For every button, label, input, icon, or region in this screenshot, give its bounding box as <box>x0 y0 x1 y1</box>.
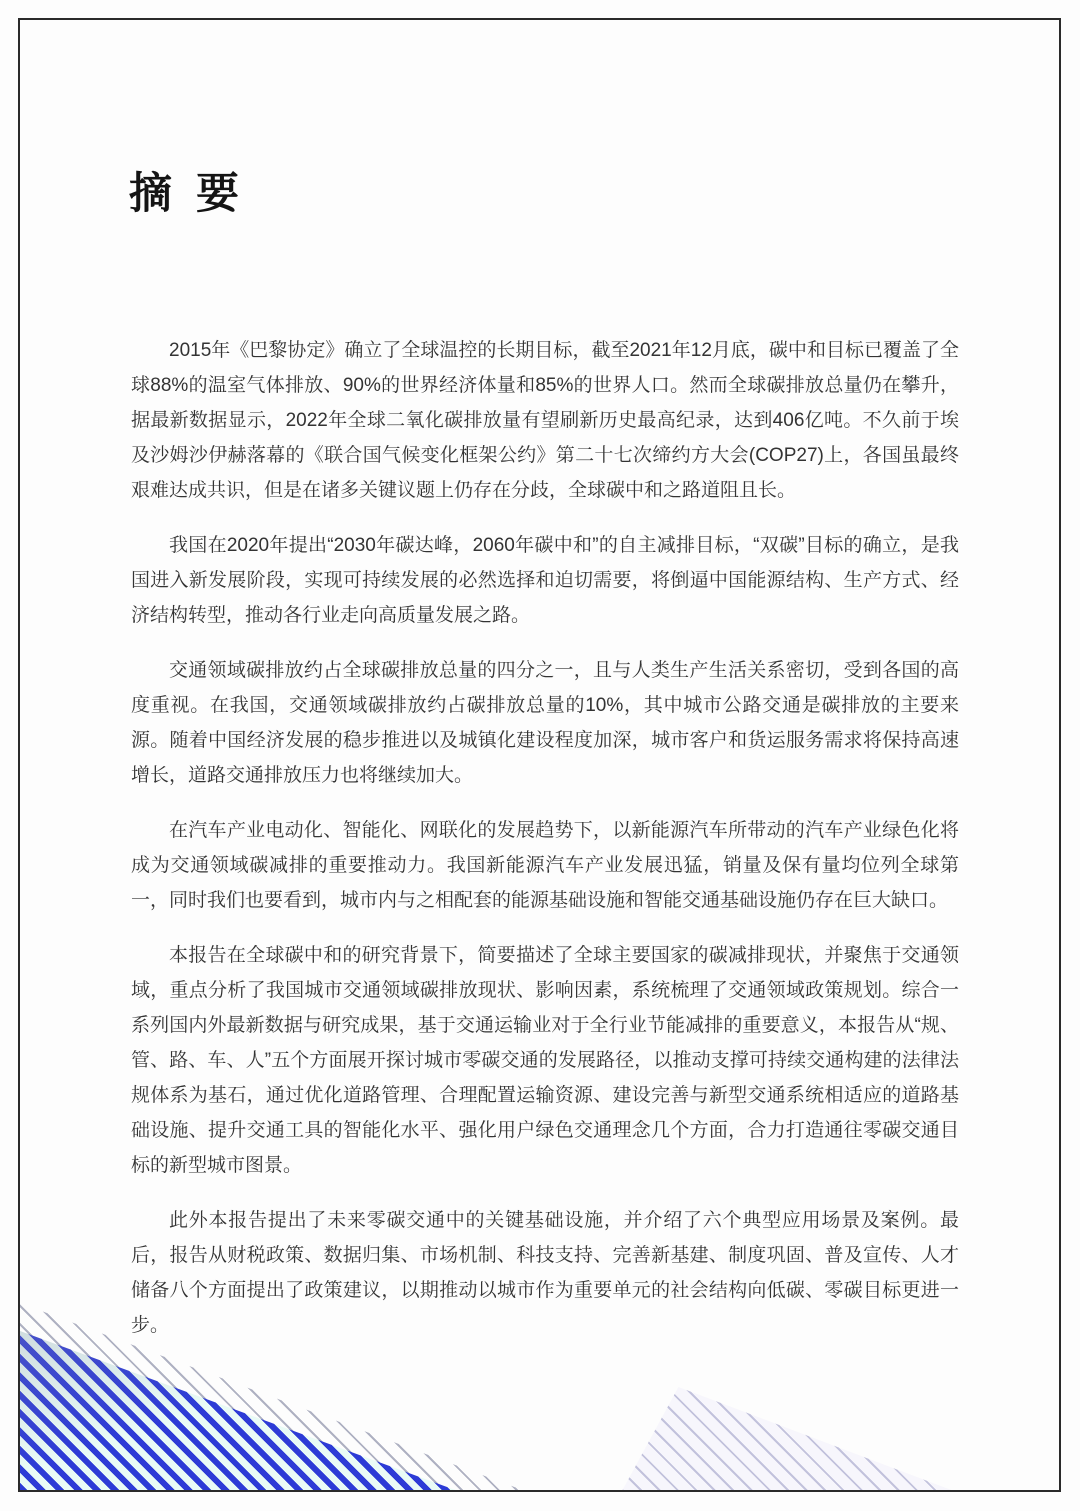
abstract-paragraph-6: 此外本报告提出了未来零碳交通中的关键基础设施，并介绍了六个典型应用场景及案例。最… <box>131 1203 959 1343</box>
abstract-paragraph-3: 交通领域碳排放约占全球碳排放总量的四分之一，且与人类生产生活关系密切，受到各国的… <box>131 653 959 793</box>
bottom-center-stripes-decoration <box>622 1387 954 1491</box>
abstract-content: 2015年《巴黎协定》确立了全球温控的长期目标，截至2021年12月底，碳中和目… <box>131 333 959 1363</box>
report-page: 摘 要 2015年《巴黎协定》确立了全球温控的长期目标，截至2021年12月底，… <box>0 0 1080 1511</box>
page-title: 摘 要 <box>129 160 245 221</box>
abstract-paragraph-4: 在汽车产业电动化、智能化、网联化的发展趋势下，以新能源汽车所带动的汽车产业绿色化… <box>131 813 959 918</box>
abstract-paragraph-2: 我国在2020年提出“2030年碳达峰，2060年碳中和”的自主减排目标，“双碳… <box>131 528 959 633</box>
abstract-paragraph-1: 2015年《巴黎协定》确立了全球温控的长期目标，截至2021年12月底，碳中和目… <box>131 333 959 508</box>
abstract-paragraph-5: 本报告在全球碳中和的研究背景下，简要描述了全球主要国家的碳减排现状，并聚焦于交通… <box>131 938 959 1183</box>
